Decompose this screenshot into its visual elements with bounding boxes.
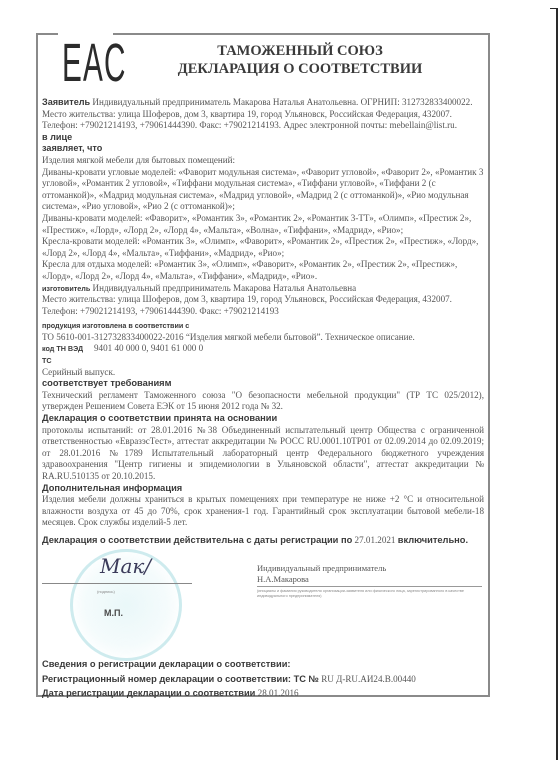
- complies-label: соответствует требованиям: [42, 378, 484, 390]
- additional-info-text: Изделия мебели должны храниться в крытых…: [42, 494, 484, 529]
- document-body: Заявитель Индивидуальный предприниматель…: [42, 97, 484, 701]
- signature-area: Мак/ (подпись) М.П. Индивидуальный предп…: [42, 553, 484, 649]
- signer-title: Индивидуальный предприниматель: [257, 563, 482, 574]
- products-intro: Изделия мягкой мебели для бытовых помеще…: [42, 155, 484, 167]
- products-line: Диваны-кровати моделей: «Фаворит», «Рома…: [42, 213, 484, 236]
- additional-info-label: Дополнительная информация: [42, 483, 484, 495]
- manufacturer-label: изготовитель: [42, 284, 90, 293]
- validity-suffix: включительно.: [398, 535, 468, 545]
- signer-name: Н.А.Макарова: [257, 574, 482, 585]
- declares-label: заявляет, что: [42, 143, 484, 155]
- registration-date-label: Дата регистрации декларации о соответств…: [42, 688, 255, 698]
- registration-number-label: Регистрационный номер декларации о соотв…: [42, 674, 319, 684]
- page-edge: [556, 8, 558, 760]
- registration-block: Сведения о регистрации декларации о соот…: [42, 659, 484, 700]
- validity-line: Декларация о соответствии действительна …: [42, 535, 484, 547]
- signer-caption: (инициалы и фамилия руководителя организ…: [257, 589, 482, 599]
- tn-ved-row: код ТН ВЭД ТС 9401 40 000 0, 9401 61 000…: [42, 343, 484, 366]
- eac-logo-letter-a: А: [83, 38, 92, 88]
- basis-label: Декларация о соответствии принята на осн…: [42, 413, 484, 425]
- eac-logo: Е А С: [62, 38, 120, 88]
- eac-logo-letter-e: Е: [62, 38, 71, 88]
- products-line: Кресла для отдыха моделей: «Романтик 3»,…: [42, 259, 484, 282]
- registration-date-value: 28.01.2016: [258, 688, 299, 698]
- signature-line: [42, 583, 192, 584]
- manufacturer-section: изготовитель Индивидуальный предпринимат…: [42, 283, 484, 295]
- applicant-section: Заявитель Индивидуальный предприниматель…: [42, 97, 484, 109]
- tn-ved-label: код ТН ВЭД ТС: [42, 343, 94, 366]
- eac-logo-letter-c: С: [104, 38, 113, 88]
- applicant-label: Заявитель: [42, 97, 90, 107]
- manufacturer-address: Место жительства: улица Шоферов, дом 3, …: [42, 294, 484, 317]
- registration-heading: Сведения о регистрации декларации о соот…: [42, 659, 484, 671]
- applicant-text: Индивидуальный предприниматель Макарова …: [92, 97, 472, 107]
- basis-text: протоколы испытаний: от 28.01.2016 №38 О…: [42, 425, 484, 483]
- complies-text: Технический регламент Таможенного союза …: [42, 390, 484, 413]
- represented-by-label: в лице: [42, 132, 484, 144]
- manufacturer-text: Индивидуальный предприниматель Макарова …: [93, 283, 357, 293]
- stamp-place-label: М.П.: [104, 608, 123, 620]
- series-text: Серийный выпуск.: [42, 367, 484, 379]
- produced-per-label: продукция изготовлена в соответствии с: [42, 320, 484, 332]
- page-edge-tick: [550, 8, 558, 9]
- validity-date: 27.01.2021: [355, 535, 396, 545]
- tn-ved-value: 9401 40 000 0, 9401 61 000 0: [94, 343, 203, 366]
- document-title: ТАМОЖЕННЫЙ СОЮЗ ДЕКЛАРАЦИЯ О СООТВЕТСТВИ…: [150, 42, 450, 78]
- signer-line: [257, 586, 482, 587]
- title-line-1: ТАМОЖЕННЫЙ СОЮЗ: [150, 42, 450, 60]
- registration-number-value: RU Д-RU.АИ24.В.00440: [321, 674, 416, 684]
- signature: Мак/: [100, 561, 151, 573]
- signature-caption: (подпись): [97, 586, 115, 598]
- products-line: Кресла-кровати моделей: «Романтик 3», «О…: [42, 236, 484, 259]
- registration-date-row: Дата регистрации декларации о соответств…: [42, 688, 484, 700]
- validity-label: Декларация о соответствии действительна …: [42, 535, 352, 545]
- products-line: Диваны-кровати угловые моделей: «Фаворит…: [42, 167, 484, 213]
- title-line-2: ДЕКЛАРАЦИЯ О СООТВЕТСТВИИ: [150, 60, 450, 78]
- produced-per-text: ТО 5610-001-312732833400022-2016 “Издели…: [42, 332, 484, 344]
- registration-number-row: Регистрационный номер декларации о соотв…: [42, 674, 484, 686]
- signer-block: Индивидуальный предприниматель Н.А.Макар…: [257, 563, 482, 599]
- applicant-address: Место жительства: улица Шоферов, дом 3, …: [42, 109, 484, 132]
